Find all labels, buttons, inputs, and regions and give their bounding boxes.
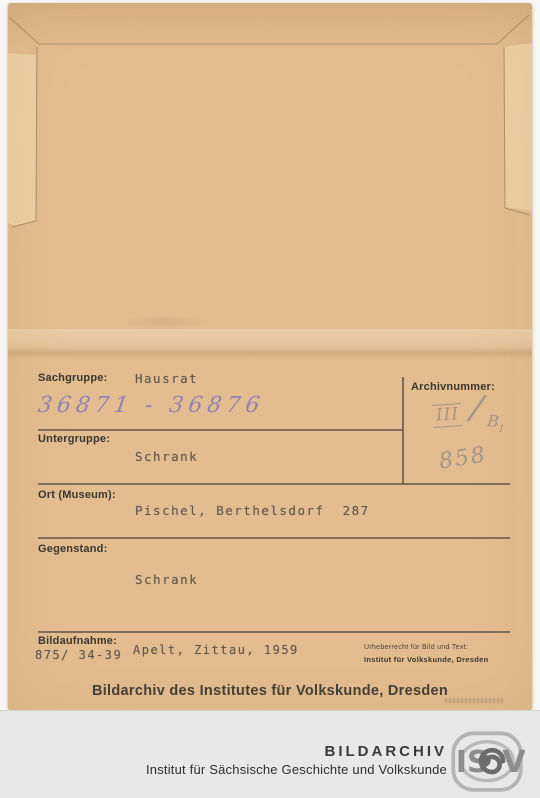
right-corner-tab xyxy=(504,43,532,211)
gegenstand-value: Schrank xyxy=(135,572,198,587)
inventory-numbers-handwritten: 36871 - 36876 xyxy=(36,393,266,418)
isgv-logo-g-spiral xyxy=(481,750,503,772)
bildaufnahme-number: 875/ 34-39 xyxy=(35,648,122,662)
copyright-line-1: Urheberrecht für Bild und Text: xyxy=(364,644,468,651)
copyright-line-2: Institut für Volkskunde, Dresden xyxy=(364,655,488,664)
left-corner-tab xyxy=(8,53,36,226)
archivnummer-number: 858 xyxy=(437,442,488,474)
sachgruppe-label: Sachgruppe: xyxy=(38,372,107,384)
ort-museum-value: Pischel, Berthelsdorf 287 xyxy=(135,503,370,518)
ghost-typewriter-offset xyxy=(118,315,208,329)
untergruppe-label: Untergruppe: xyxy=(38,433,110,445)
archivnummer-letter-subscript: 1 xyxy=(498,423,505,435)
scanned-archive-card: Sachgruppe: Hausrat 36871 - 36876 Unterg… xyxy=(0,0,540,798)
flap-fold-lines xyxy=(9,15,530,227)
footer-text-block: BILDARCHIV Institut für Sächsische Gesch… xyxy=(146,743,447,777)
archivnummer-handwritten: III / B1 858 xyxy=(421,396,521,491)
archivnummer-letter: B1 xyxy=(486,411,506,435)
bildaufnahme-credit: Apelt, Zittau, 1959 xyxy=(133,643,299,657)
bildaufnahme-label: Bildaufnahme: xyxy=(38,635,117,647)
isgv-logo-icon: IS V xyxy=(449,728,525,796)
ort-museum-label: Ort (Museum): xyxy=(38,489,116,501)
gegenstand-label: Gegenstand: xyxy=(38,543,107,555)
envelope-title: Bildarchiv des Institutes für Volkskunde… xyxy=(8,683,532,699)
sachgruppe-value: Hausrat xyxy=(135,371,198,386)
archivnummer-roman: III xyxy=(432,403,463,428)
footer-institute-name: Institut für Sächsische Geschichte und V… xyxy=(146,762,447,777)
footer-band: BILDARCHIV Institut für Sächsische Gesch… xyxy=(0,710,540,798)
printer-imprint xyxy=(445,698,503,703)
horizontal-crease xyxy=(8,329,532,359)
isgv-logo-letter-v: V xyxy=(502,745,525,780)
footer-archive-name: BILDARCHIV xyxy=(146,743,447,760)
envelope: Sachgruppe: Hausrat 36871 - 36876 Unterg… xyxy=(8,3,532,710)
untergruppe-value: Schrank xyxy=(135,449,198,464)
